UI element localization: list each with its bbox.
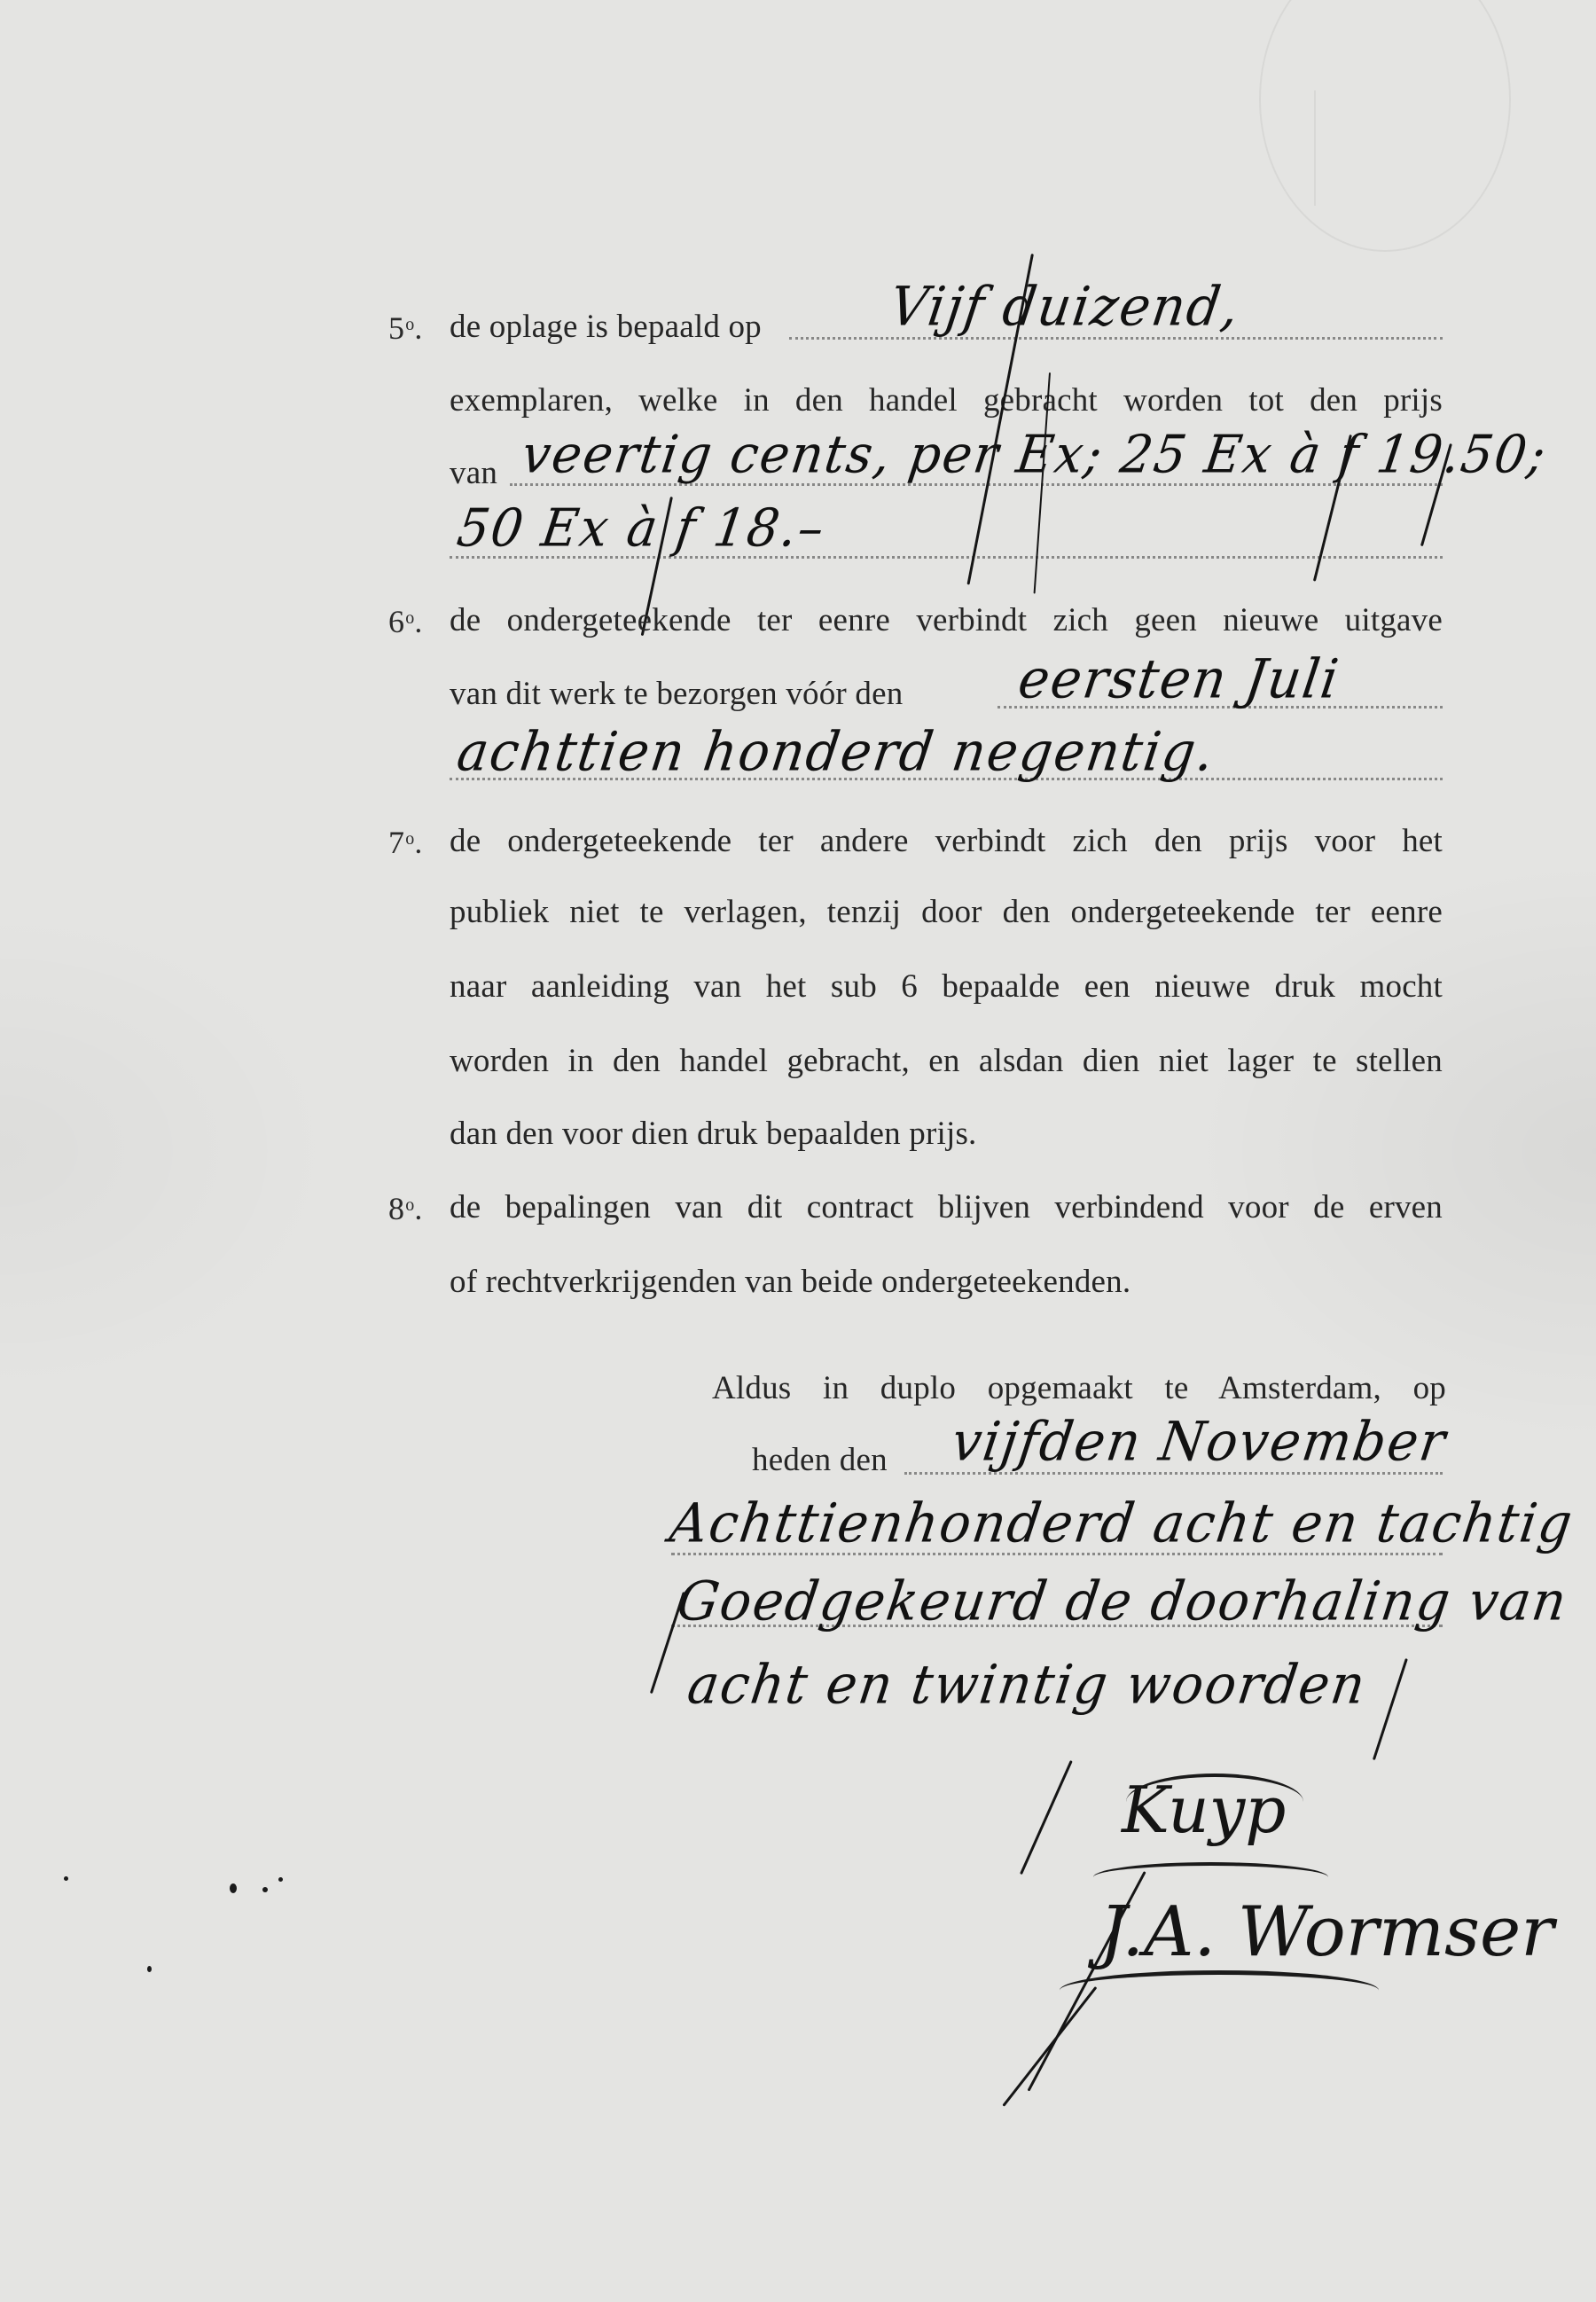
clause-7-line-3: naar aanleiding van het sub 6 bepaalde e… <box>450 970 1443 1006</box>
pen-stroke <box>1002 1986 1097 2107</box>
speck <box>64 1876 68 1881</box>
signature-underline <box>1093 1862 1328 1892</box>
clause-5-line-1: de oplage is bepaald op <box>450 310 762 346</box>
clause-8-line-2: of rechtverkrijgenden van beide onderget… <box>450 1265 1130 1301</box>
clause-7-line-1: de ondergeteekende ter andere verbindt z… <box>450 825 1443 860</box>
handwritten-price-line-2: 50 Ex à f 18.– <box>454 503 828 555</box>
clause-8-number: 8o. <box>388 1193 423 1225</box>
clause-6-line-2: van dit werk te bezorgen vóór den <box>450 677 903 713</box>
clause-6-number: 6o. <box>388 606 423 638</box>
handwritten-date-line-1: eersten Juli <box>1015 652 1343 706</box>
handwritten-price-line-1: veertig cents, per Ex; 25 Ex à f 19.50; <box>519 429 1550 482</box>
handwritten-date-year: Achttienhonderd acht en tachtig <box>667 1496 1576 1550</box>
clause-5-number: 5o. <box>388 312 423 344</box>
closing-line-2: heden den <box>752 1444 888 1479</box>
signature-flourish <box>1126 1773 1303 1830</box>
pen-stroke <box>1020 1760 1073 1875</box>
handwritten-approval-line-2: acht en twintig woorden <box>685 1657 1370 1711</box>
clause-7-line-5: dan den voor dien druk bepaalden prijs. <box>450 1117 977 1153</box>
speck <box>147 1966 152 1972</box>
clause-8-line-1: de bepalingen van dit contract blijven v… <box>450 1191 1443 1226</box>
handwritten-date-day-month: vijfden November <box>949 1414 1451 1468</box>
speck <box>230 1883 237 1893</box>
pen-stroke <box>650 1592 685 1694</box>
clause-5-line-3: van <box>450 457 497 492</box>
speck <box>262 1887 268 1892</box>
clause-6-line-1: de ondergeteekende ter eenre verbindt zi… <box>450 604 1443 639</box>
signature-underline <box>1060 1970 1379 2010</box>
pen-stroke <box>1373 1658 1408 1760</box>
clause-5-line-2: exemplaren, welke in den handel gebracht… <box>450 384 1443 419</box>
signature-wormser: J.A. Wormser <box>1099 1898 1553 1967</box>
speck <box>278 1877 283 1882</box>
clause-7-line-2: publiek niet te verlagen, tenzij door de… <box>450 896 1443 931</box>
handwritten-date-line-2: achttien honderd negentig. <box>454 724 1219 779</box>
handwritten-approval-line-1: Goedgekeurd de doorhaling van <box>674 1574 1571 1628</box>
document-page: 5o. de oplage is bepaald op Vijf duizend… <box>0 0 1596 2302</box>
clause-7-number: 7o. <box>388 826 423 858</box>
faint-stamp-showthrough <box>1259 0 1511 252</box>
clause-7-line-4: worden in den handel gebracht, en alsdan… <box>450 1045 1443 1080</box>
handwritten-quantity: Vijf duizend, <box>887 279 1244 333</box>
closing-line-1: Aldus in duplo opgemaakt te Amsterdam, o… <box>712 1372 1446 1407</box>
